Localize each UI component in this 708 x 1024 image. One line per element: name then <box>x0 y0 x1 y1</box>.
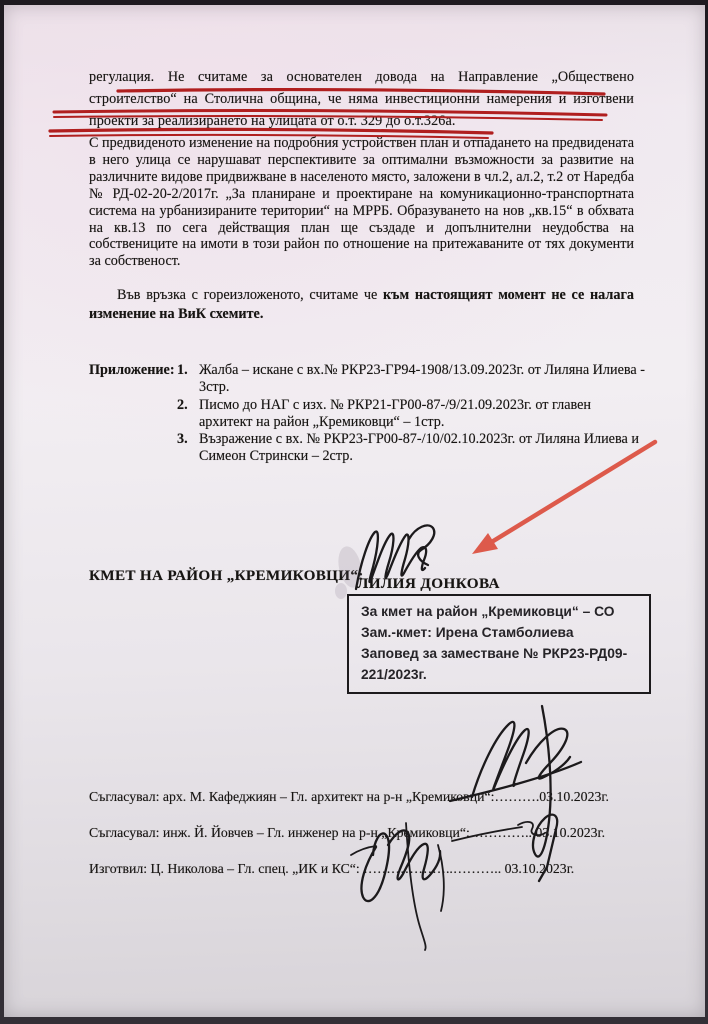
approval-date: 03.10.2023г. <box>539 789 609 804</box>
approval-date: 03.10.2023г. <box>501 861 574 876</box>
paragraph-conclusion-normal: Във връзка с гореизложеното, считаме че <box>117 287 383 303</box>
attachment-item: 2. Писмо до НАГ с изх. № РКР21-ГР00-87-/… <box>177 397 645 431</box>
mayor-title-line: КМЕТ НА РАЙОН „КРЕМИКОВЦИ“: <box>89 567 364 585</box>
paragraph-plan-amendment: С предвиденото изменение на подробния ус… <box>89 135 634 270</box>
attachments-section: Приложение: 1. Жалба – искане с вх.№ РКР… <box>89 362 645 466</box>
approval-date: 03.10.2023г. <box>532 825 605 840</box>
attachments-list: 1. Жалба – искане с вх.№ РКР23-ГР94-1908… <box>177 362 645 466</box>
approval-row-engineer: Съгласувал: инж. Й. Йовчев – Гл. инженер… <box>89 825 689 841</box>
attachment-text: Писмо до НАГ с изх. № РКР21-ГР00-87-/9/2… <box>199 397 645 431</box>
document-photo: регулация. Не считаме за основателен дов… <box>0 0 708 1024</box>
substitution-stamp-box: За кмет на район „Кремиковци“ – СО Зам.-… <box>347 594 651 694</box>
attachment-text: Жалба – искане с вх.№ РКР23-ГР94-1908/13… <box>199 362 645 396</box>
paragraph-regulation-underlined: Не считаме за основателен довода на Напр… <box>89 69 634 129</box>
dot-leader: ………………..……….. <box>363 861 501 876</box>
approval-label: Съгласувал: инж. Й. Йовчев – Гл. инженер… <box>89 825 470 840</box>
attachment-text: Възражение с вх. № РКР23-ГР00-87-/10/02.… <box>199 431 645 465</box>
signer-name: ЛИЛИЯ ДОНКОВА <box>357 575 500 593</box>
attachment-number: 1. <box>177 362 199 396</box>
stamp-smudge <box>335 583 347 599</box>
attachment-number: 3. <box>177 431 199 465</box>
approval-label: Изготвил: Ц. Николова – Гл. спец. „ИК и … <box>89 861 363 876</box>
stamp-line-acting-mayor: За кмет на район „Кремиковци“ – СО <box>361 601 639 622</box>
dot-leader: ………….. <box>470 825 532 840</box>
attachments-label: Приложение: <box>89 362 177 466</box>
document-page: регулация. Не считаме за основателен дов… <box>4 5 705 1017</box>
attachment-item: 1. Жалба – искане с вх.№ РКР23-ГР94-1908… <box>177 362 645 396</box>
paragraph-regulation-lead: регулация. <box>89 69 168 85</box>
paragraph-conclusion: Във връзка с гореизложеното, считаме че … <box>89 286 634 324</box>
attachment-item: 3. Възражение с вх. № РКР23-ГР00-87-/10/… <box>177 431 645 465</box>
attachment-number: 2. <box>177 397 199 431</box>
approval-row-architect: Съгласувал: арх. М. Кафеджиян – Гл. архи… <box>89 789 689 805</box>
red-arrow-head <box>472 533 498 554</box>
stamp-line-deputy-mayor: Зам.-кмет: Ирена Стамболиева <box>361 622 639 643</box>
prepared-by-signature-ink <box>351 823 444 950</box>
approval-label: Съгласувал: арх. М. Кафеджиян – Гл. архи… <box>89 789 494 804</box>
stamp-line-order-number: Заповед за заместване № РКР23-РД09-221/2… <box>361 643 639 685</box>
dot-leader: ………. <box>494 789 539 804</box>
paragraph-regulation: регулация. Не считаме за основателен дов… <box>89 66 634 132</box>
approval-row-prepared-by: Изготвил: Ц. Николова – Гл. спец. „ИК и … <box>89 861 689 877</box>
